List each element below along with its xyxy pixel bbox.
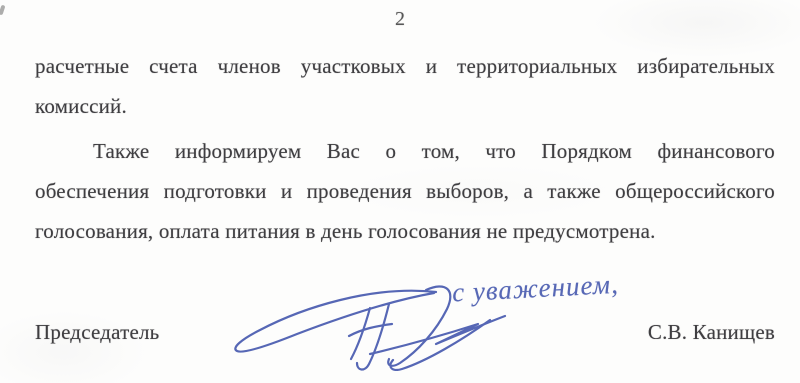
text-line: голосования, оплата питания в день голос… xyxy=(35,211,775,251)
page-number: 2 xyxy=(0,8,800,31)
signer-title: Председатель xyxy=(35,320,159,345)
text-line: Также информируем Вас о том, что Порядко… xyxy=(35,131,775,171)
text-line: комиссий. xyxy=(35,86,775,126)
signer-name: С.В. Канищев xyxy=(648,320,775,345)
document-body: расчетные счета членов участковых и терр… xyxy=(35,46,775,251)
paragraph-2: Также информируем Вас о том, что Порядко… xyxy=(35,131,775,251)
text-line: обеспечения подготовки и проведения выбо… xyxy=(35,171,775,211)
text-line: расчетные счета членов участковых и терр… xyxy=(35,46,775,86)
signature-row: Председатель С.В. Канищев xyxy=(35,320,775,345)
paragraph-1: расчетные счета членов участковых и терр… xyxy=(35,46,775,126)
scanned-letter-page: { "page": { "number": "2", "background_c… xyxy=(0,0,800,383)
signature-image xyxy=(222,256,612,382)
